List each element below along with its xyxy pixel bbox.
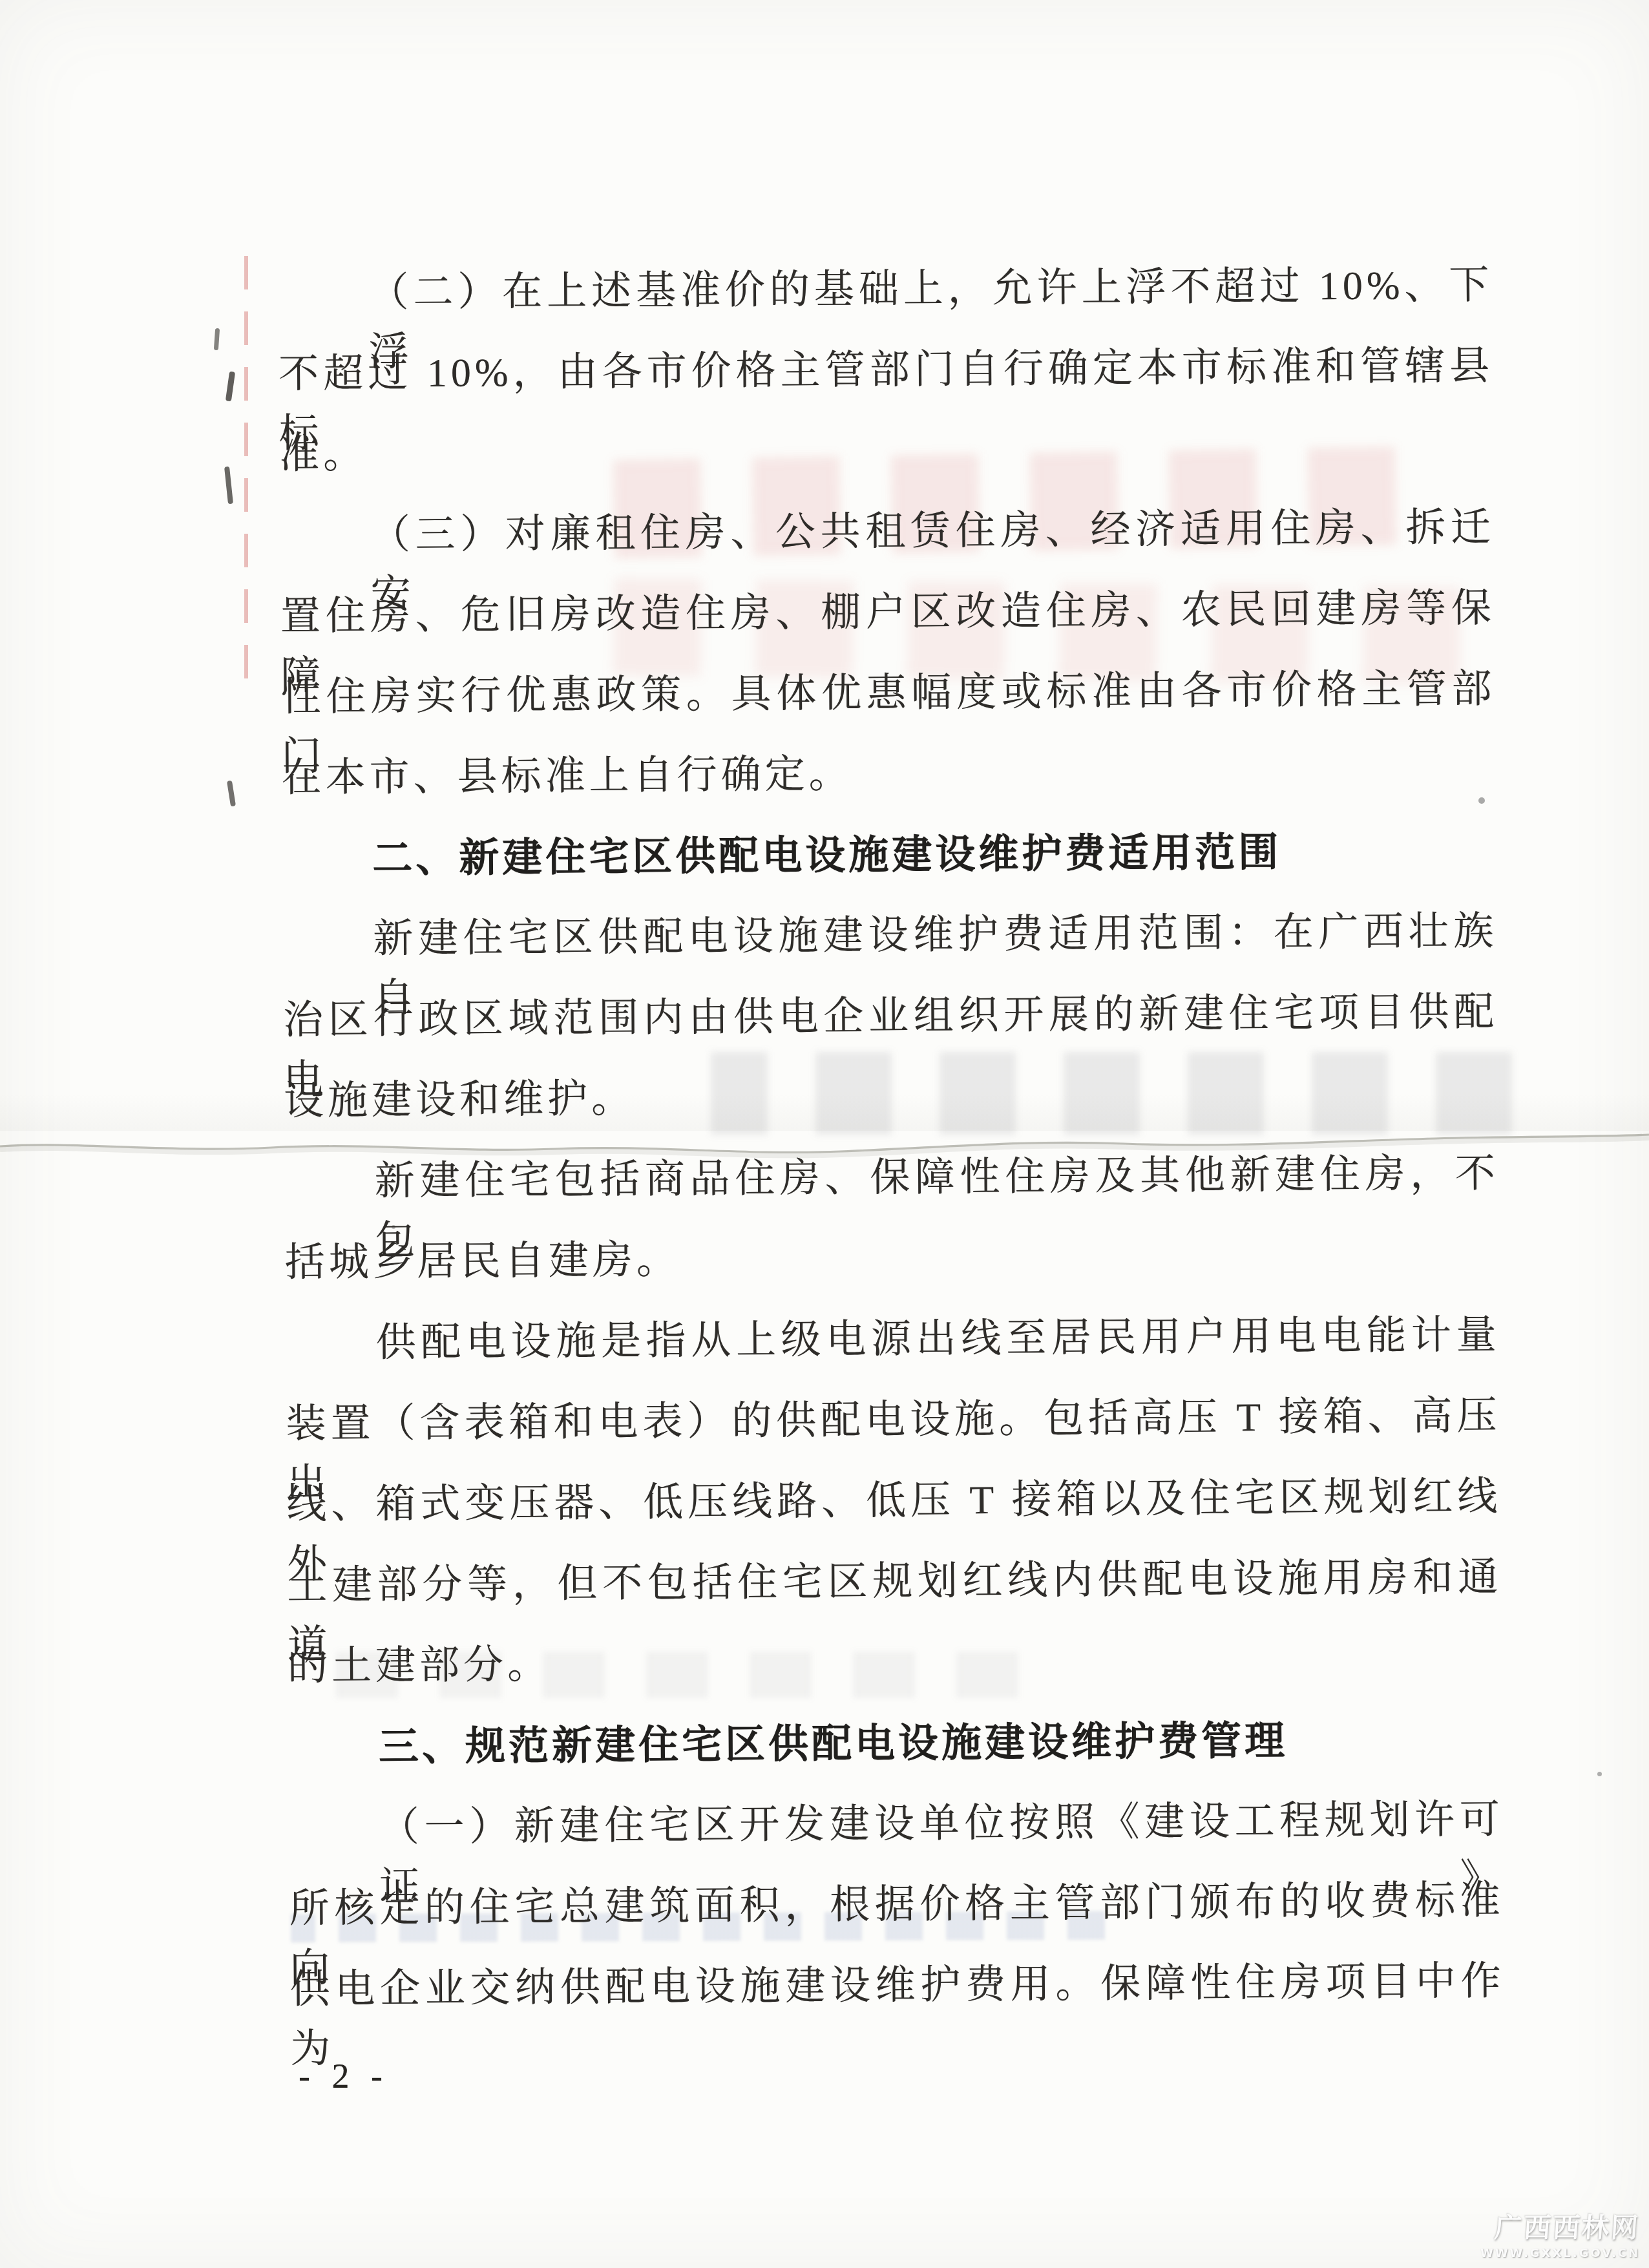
text-line: 供配电设施是指从上级电源出线至居民用户用电电能计量: [285, 1305, 1500, 1394]
text-line: 线、箱式变压器、低压线路、低压 T 接箱以及住宅区规划红线外: [286, 1467, 1502, 1556]
left-edge-red-marks: [244, 256, 248, 685]
text-line: （二）在上述基准价的基础上，允许上浮不超过 10%、下浮: [278, 255, 1493, 344]
text-line: 新建住宅包括商品住房、保障性住房及其他新建住房，不包: [284, 1144, 1500, 1233]
scan-speck: [1597, 1772, 1602, 1776]
text-line: 置住房、危旧房改造住房、棚户区改造住房、农民回建房等保障: [280, 578, 1496, 667]
text-line: 土建部分等，但不包括住宅区规划红线内供配电设施用房和通道: [287, 1548, 1502, 1637]
text-line: 设施建设和维护。: [284, 1063, 1499, 1152]
text-line: 准。: [279, 417, 1495, 506]
text-line: 供电企业交纳供配电设施建设维护费用。保障性住房项目中作为: [289, 1951, 1505, 2041]
text-line: 性住房实行优惠政策。具体优惠幅度或标准由各市价格主管部门: [280, 659, 1496, 748]
text-line: 括城乡居民自建房。: [284, 1224, 1500, 1314]
text-line: 在本市、县标准上自行确定。: [281, 740, 1497, 829]
section-heading-line: 三、规范新建住宅区供配电设施建设维护费管理: [288, 1709, 1504, 1798]
document-text-block: （二）在上述基准价的基础上，允许上浮不超过 10%、下浮 不超过 10%，由各市…: [278, 255, 1505, 2041]
site-watermark: 广西西林网 WWW.GXXL.GOV.CN: [1480, 2207, 1640, 2260]
text-line: 不超过 10%，由各市价格主管部门自行确定本市标准和管辖县标: [278, 336, 1494, 425]
watermark-site-url: WWW.GXXL.GOV.CN: [1480, 2247, 1640, 2260]
scan-edge-artifact: [224, 467, 233, 505]
scanned-document-page: （二）在上述基准价的基础上，允许上浮不超过 10%、下浮 不超过 10%，由各市…: [0, 0, 1649, 2268]
section-heading-line: 二、新建住宅区供配电设施建设维护费适用范围: [282, 821, 1497, 910]
text-line: 的土建部分。: [288, 1628, 1503, 1717]
scan-edge-artifact: [226, 372, 235, 402]
text-line: 新建住宅区供配电设施建设维护费适用范围：在广西壮族自: [282, 901, 1498, 991]
text-line: 所核定的住宅总建筑面积，根据价格主管部门颁布的收费标准向: [289, 1871, 1504, 1960]
page-number: - 2 -: [299, 2056, 389, 2096]
text-line: （一）新建住宅区开发建设单位按照《建设工程规划许可证》: [289, 1790, 1504, 1879]
text-line: （三）对廉租住房、公共租赁住房、经济适用住房、拆迁安: [280, 498, 1495, 587]
text-line: 装置（含表箱和电表）的供配电设施。包括高压 T 接箱、高压出: [286, 1386, 1501, 1475]
scan-edge-artifact: [227, 781, 236, 807]
scan-edge-artifact: [214, 328, 220, 350]
text-line: 治区行政区域范围内由供电企业组织开展的新建住宅项目供配电: [283, 982, 1498, 1071]
watermark-site-name: 广西西林网: [1479, 2207, 1641, 2245]
